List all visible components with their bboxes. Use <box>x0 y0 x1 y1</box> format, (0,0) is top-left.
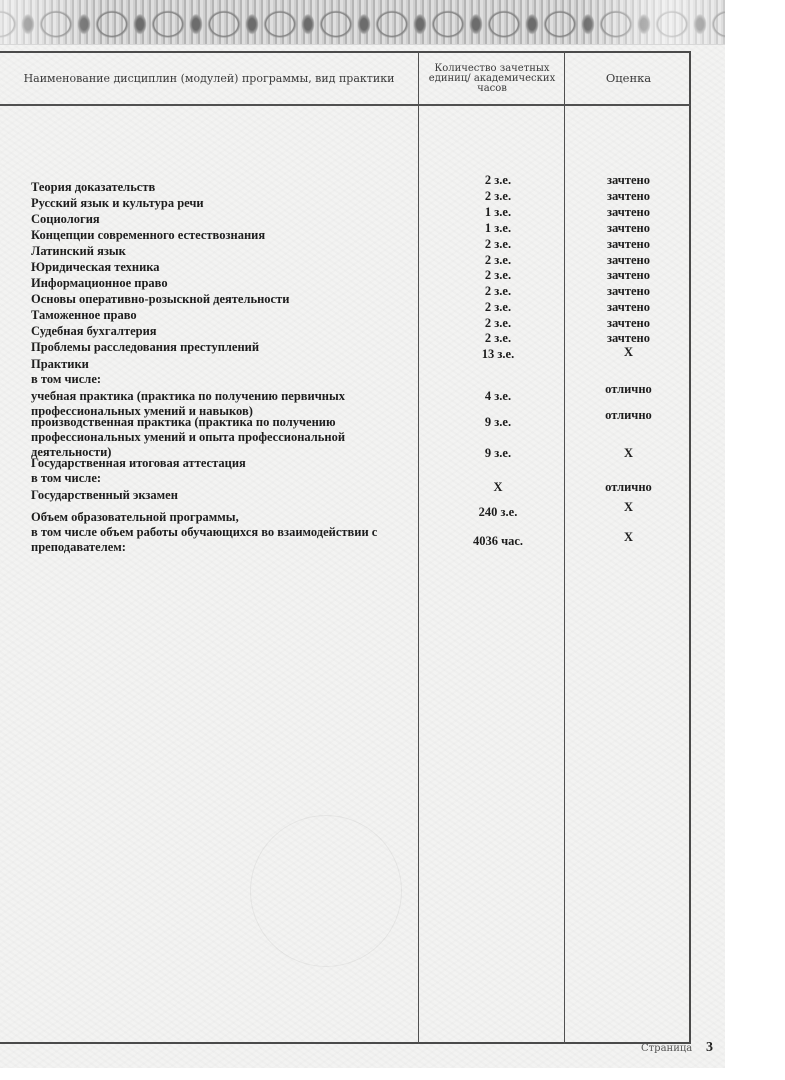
credits-value: 2 з.е. <box>432 331 564 346</box>
discipline-name: Таможенное право <box>31 308 411 323</box>
page-label: Страница <box>641 1043 692 1054</box>
credits-value: 2 з.е. <box>432 173 564 188</box>
column-divider <box>564 51 565 1044</box>
grade-value: зачтено <box>566 205 691 220</box>
diploma-supplement-page: Наименование дисциплин (модулей) програм… <box>0 0 725 1068</box>
grade-value: Х <box>566 446 691 461</box>
credits-value: 2 з.е. <box>432 189 564 204</box>
grade-value: зачтено <box>566 268 691 283</box>
grade-value: Х <box>566 345 691 360</box>
discipline-name: Информационное право <box>31 276 411 291</box>
column-divider <box>418 51 419 1044</box>
credits-value: 2 з.е. <box>432 300 564 315</box>
discipline-name: Объем образовательной программы, <box>31 510 411 525</box>
discipline-name: Основы оперативно-розыскной деятельности <box>31 292 411 307</box>
discipline-name: Социология <box>31 212 411 227</box>
header-credits: Количество зачетных единиц/ академически… <box>420 53 564 104</box>
grade-value: зачтено <box>566 221 691 236</box>
discipline-name: Судебная бухгалтерия <box>31 324 411 339</box>
discipline-name: Юридическая техника <box>31 260 411 275</box>
grade-value: зачтено <box>566 173 691 188</box>
page-number: 3 <box>706 1040 713 1056</box>
discipline-name: Практики в том числе: <box>31 357 411 387</box>
credits-value: 2 з.е. <box>432 284 564 299</box>
grade-value: зачтено <box>566 331 691 346</box>
grade-value: зачтено <box>566 189 691 204</box>
grade-value: отлично <box>566 480 691 495</box>
grade-value: отлично <box>566 408 691 423</box>
credits-value: 9 з.е. <box>432 446 564 461</box>
grade-value: зачтено <box>566 253 691 268</box>
grade-value: Х <box>566 530 691 545</box>
discipline-name: Проблемы расследования преступлений <box>31 340 411 355</box>
credits-value: 2 з.е. <box>432 237 564 252</box>
credits-value: 2 з.е. <box>432 316 564 331</box>
credits-value: Х <box>432 480 564 495</box>
discipline-name: Русский язык и культура речи <box>31 196 411 211</box>
credits-value: 1 з.е. <box>432 205 564 220</box>
credits-value: 4036 час. <box>432 534 564 549</box>
credits-value: 1 з.е. <box>432 221 564 236</box>
grade-value: зачтено <box>566 300 691 315</box>
grade-value: зачтено <box>566 284 691 299</box>
header-discipline: Наименование дисциплин (модулей) програм… <box>0 53 418 104</box>
credits-value: 4 з.е. <box>432 389 564 404</box>
discipline-name: Теория доказательств <box>31 180 411 195</box>
credits-value: 2 з.е. <box>432 253 564 268</box>
discipline-name: в том числе объем работы обучающихся во … <box>31 525 411 555</box>
ornament-fade <box>0 0 725 44</box>
grade-value: Х <box>566 500 691 515</box>
grade-value: зачтено <box>566 237 691 252</box>
header-divider <box>0 104 691 106</box>
credits-value: 240 з.е. <box>432 505 564 520</box>
header-grade: Оценка <box>566 53 691 104</box>
grade-value: отлично <box>566 382 691 397</box>
discipline-name: Концепции современного естествознания <box>31 228 411 243</box>
grade-value: зачтено <box>566 316 691 331</box>
discipline-name: Государственный экзамен <box>31 488 411 503</box>
credits-value: 9 з.е. <box>432 415 564 430</box>
credits-value: 2 з.е. <box>432 268 564 283</box>
credits-value: 13 з.е. <box>432 347 564 362</box>
discipline-name: производственная практика (практика по п… <box>31 415 411 460</box>
discipline-name: Государственная итоговая аттестация в то… <box>31 456 411 486</box>
discipline-name: Латинский язык <box>31 244 411 259</box>
